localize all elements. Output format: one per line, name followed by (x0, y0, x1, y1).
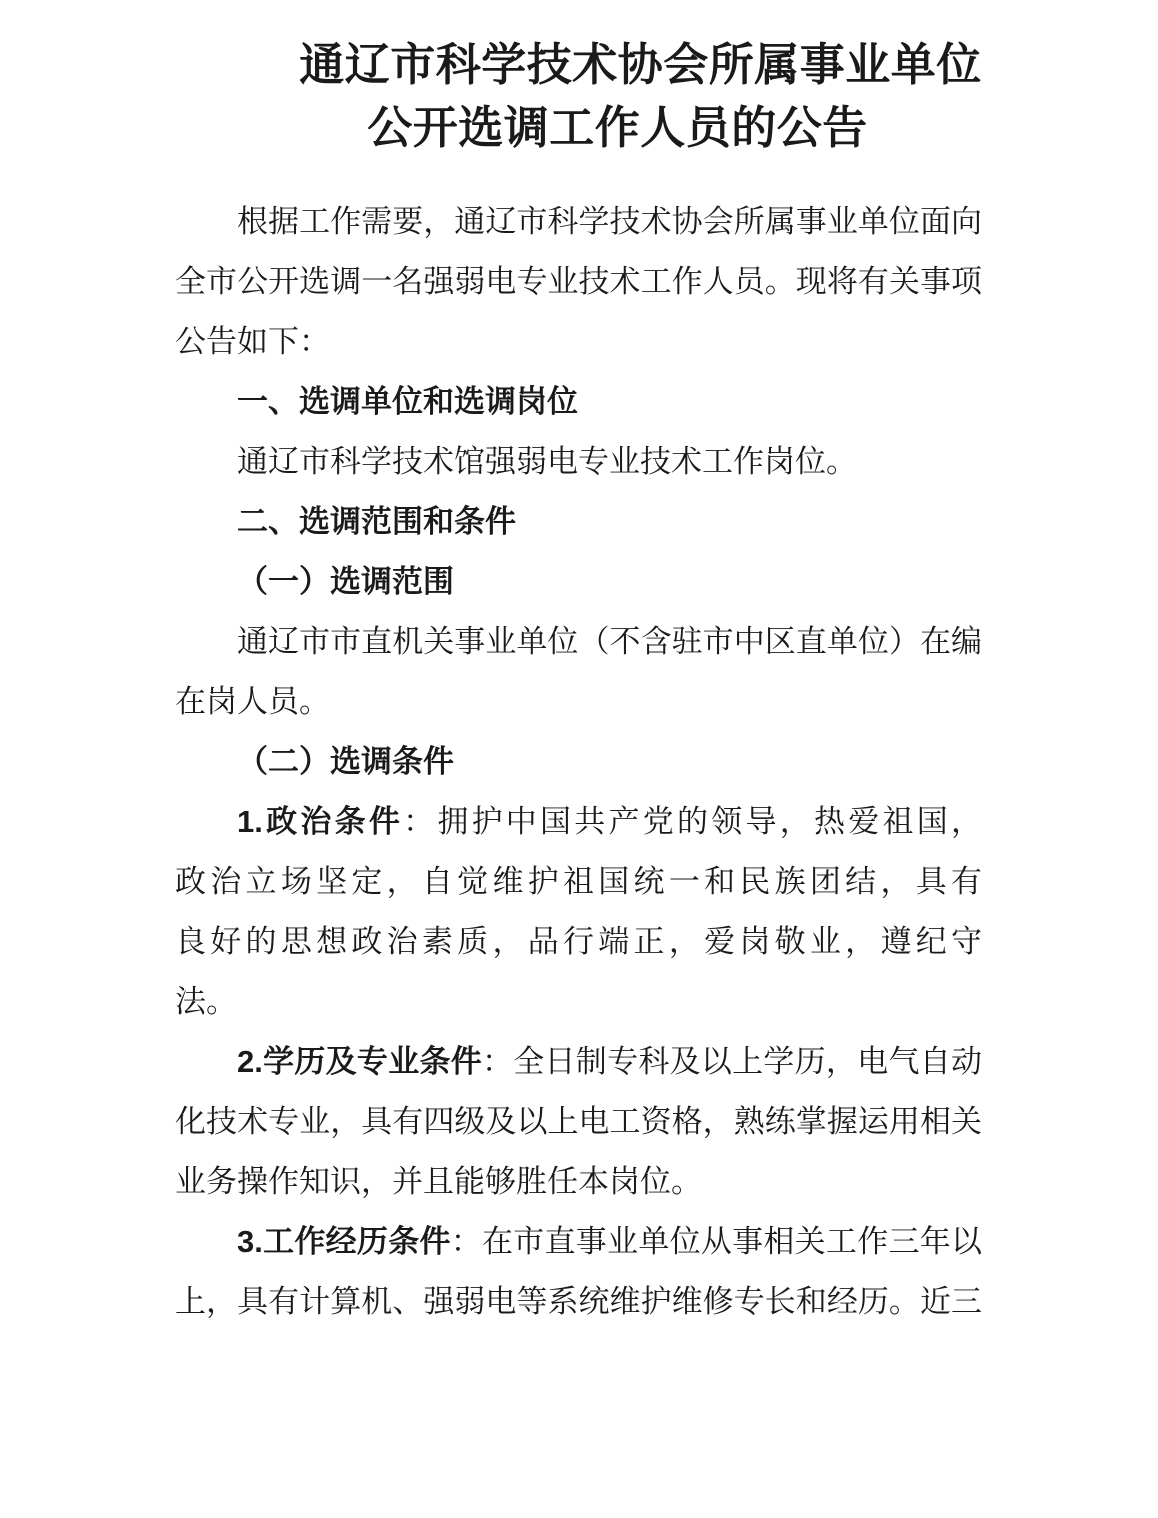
section-heading: 二、选调范围和条件 (175, 492, 982, 552)
text-line: 业务操作知识，并且能够胜任本岗位。 (175, 1152, 982, 1212)
text-line: 1.政治条件：拥护中国共产党的领导，热爱祖国， (175, 792, 982, 852)
text-line: 政治立场坚定，自觉维护祖国统一和民族团结，具有 (175, 852, 982, 912)
text-line: 公告如下： (175, 312, 982, 372)
document-page: 通辽市科学技术协会所属事业单位 公开选调工作人员的公告 根据工作需要，通辽市科学… (0, 0, 1158, 1518)
text-line: 全市公开选调一名强弱电专业技术工作人员。现将有关事项 (175, 252, 982, 312)
section-heading: 一、选调单位和选调岗位 (175, 372, 982, 432)
line-lead: 一、选调单位和选调岗位 (237, 384, 578, 419)
text-line: 上，具有计算机、强弱电等系统维护维修专长和经历。近三 (175, 1272, 982, 1332)
text-line: 3.工作经历条件：在市直事业单位从事相关工作三年以 (175, 1212, 982, 1272)
text-line: 化技术专业，具有四级及以上电工资格，熟练掌握运用相关 (175, 1092, 982, 1152)
document-content: 通辽市科学技术协会所属事业单位 公开选调工作人员的公告 根据工作需要，通辽市科学… (175, 0, 982, 1332)
line-text: 良好的思想政治素质，品行端正，爱岗敬业，遵纪守 (175, 924, 982, 959)
text-line: 2.学历及专业条件：全日制专科及以上学历，电气自动 (175, 1032, 982, 1092)
line-text: 法。 (175, 984, 237, 1019)
line-lead: 二、选调范围和条件 (237, 504, 516, 539)
line-text: 全市公开选调一名强弱电专业技术工作人员。现将有关事项 (175, 264, 982, 299)
line-lead: （一）选调范围 (237, 564, 454, 599)
text-line: 良好的思想政治素质，品行端正，爱岗敬业，遵纪守 (175, 912, 982, 972)
line-text: 通辽市科学技术馆强弱电专业技术工作岗位。 (237, 444, 857, 479)
line-text: 业务操作知识，并且能够胜任本岗位。 (175, 1164, 702, 1199)
line-text: ：拥护中国共产党的领导，热爱祖国， (403, 804, 982, 839)
line-text: 上，具有计算机、强弱电等系统维护维修专长和经历。近三 (175, 1284, 982, 1319)
document-body: 根据工作需要，通辽市科学技术协会所属事业单位面向 全市公开选调一名强弱电专业技术… (175, 192, 982, 1332)
line-lead: 1.政治条件 (237, 804, 403, 839)
line-text: 公告如下： (175, 324, 330, 359)
text-line: 法。 (175, 972, 982, 1032)
line-text: 通辽市市直机关事业单位（不含驻市中区直单位）在编 (237, 624, 982, 659)
line-text: ：全日制专科及以上学历，电气自动 (482, 1044, 982, 1079)
line-text: 政治立场坚定，自觉维护祖国统一和民族团结，具有 (175, 864, 982, 899)
line-text: 化技术专业，具有四级及以上电工资格，熟练掌握运用相关 (175, 1104, 982, 1139)
text-line: 通辽市市直机关事业单位（不含驻市中区直单位）在编 (175, 612, 982, 672)
line-text: 根据工作需要，通辽市科学技术协会所属事业单位面向 (237, 204, 982, 239)
line-text: 在岗人员。 (175, 684, 330, 719)
text-line: 在岗人员。 (175, 672, 982, 732)
document-title: 通辽市科学技术协会所属事业单位 公开选调工作人员的公告 (175, 0, 982, 159)
title-line-2: 公开选调工作人员的公告 (253, 96, 982, 159)
line-text: ：在市直事业单位从事相关工作三年以 (451, 1224, 982, 1259)
subsection-heading: （一）选调范围 (175, 552, 982, 612)
text-line: 根据工作需要，通辽市科学技术协会所属事业单位面向 (175, 192, 982, 252)
line-lead: （二）选调条件 (237, 744, 454, 779)
line-lead: 3.工作经历条件 (237, 1224, 451, 1259)
subsection-heading: （二）选调条件 (175, 732, 982, 792)
title-line-1: 通辽市科学技术协会所属事业单位 (253, 33, 982, 96)
text-line: 通辽市科学技术馆强弱电专业技术工作岗位。 (175, 432, 982, 492)
line-lead: 2.学历及专业条件 (237, 1044, 482, 1079)
